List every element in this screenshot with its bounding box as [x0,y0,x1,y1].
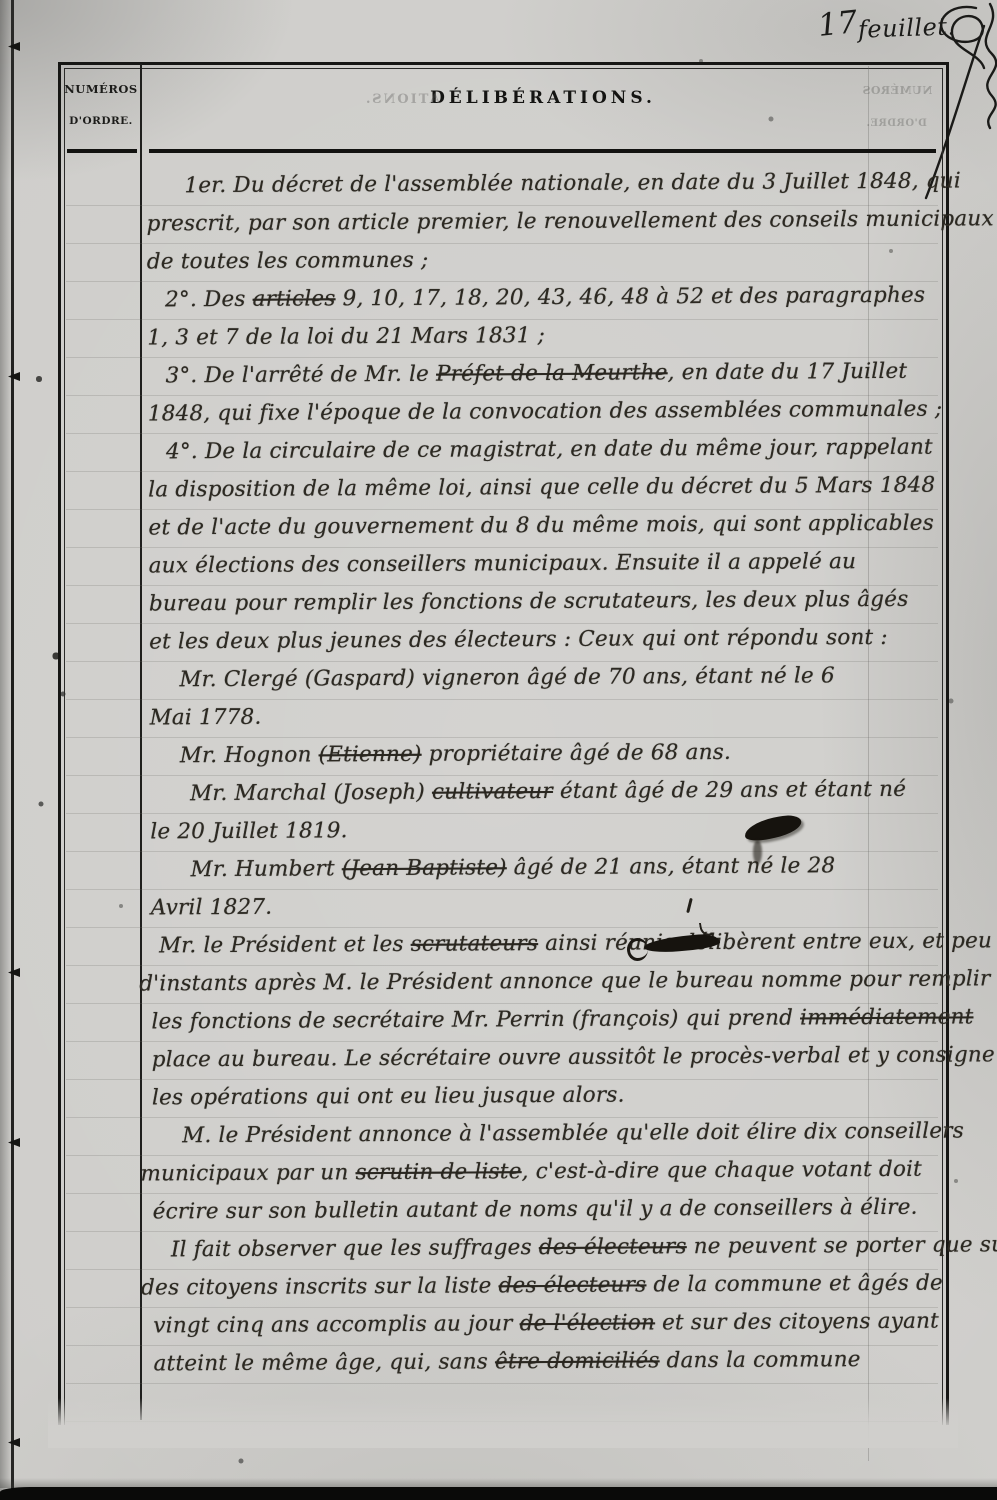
manuscript-line: Avril 1827. [151,885,949,928]
manuscript-line: Mr. le Président et les scrutateurs ains… [159,923,949,966]
numeros-header-line2: D'ORDRE. [60,115,142,127]
manuscript-line: M. le Président annonce à l'assemblée qu… [182,1113,950,1156]
ghost-numeros-line2: D'ORDRE. [866,118,927,129]
manuscript-line: prescrit, par son article premier, le re… [147,201,945,244]
ghost-title-fragment: ATIONS. [364,92,440,107]
manuscript: 1er. Du décret de l'assemblée nationale,… [146,163,951,1384]
deliberations-title: DÉLIBÉRATIONS. [148,88,938,108]
manuscript-line: 1er. Du décret de l'assemblée nationale,… [184,163,944,206]
manuscript-line: place au bureau. Le sécrétaire ouvre aus… [152,1037,950,1080]
manuscript-line: Mr. Hognon (Etienne) propriétaire âgé de… [180,733,948,776]
manuscript-line: de toutes les communes ; [147,239,945,282]
manuscript-line: bureau pour remplir les fonctions de scr… [149,581,947,624]
manuscript-line: les fonctions de secrétaire Mr. Perrin (… [151,999,949,1042]
manuscript-line: 4°. De la circulaire de ce magistrat, en… [166,429,946,472]
manuscript-line: Mai 1778. [150,695,948,738]
scan-bottom-edge [0,1487,997,1500]
manuscript-line: et les deux plus jeunes des électeurs : … [149,619,947,662]
manuscript-line: 1, 3 et 7 de la loi du 21 Mars 1831 ; [147,315,945,358]
manuscript-line: municipaux par un scrutin de liste, c'es… [140,1151,950,1194]
manuscript-line: 1848, qui fixe l'époque de la convocatio… [148,391,946,434]
ink-blot-hook [627,938,648,961]
binding-edge [11,0,14,1500]
header-separator-left [67,149,137,153]
frame-fade [48,1398,958,1448]
manuscript-line: les opérations qui ont eu lieu jusque al… [152,1075,950,1118]
ink-blot-drip [753,840,762,864]
folio-number: 17 [816,4,859,44]
manuscript-line: Mr. Marchal (Joseph) cultivateur étant â… [190,771,948,814]
register-page: 17 feuillet. NUMÉROS D'ORDRE. DÉLIBÉRATI… [0,0,997,1500]
header-separator-main [149,149,936,153]
manuscript-line: des citoyens inscrits sur la liste des é… [141,1265,951,1308]
manuscript-line: Mr. Clergé (Gaspard) vigneron âgé de 70 … [179,657,947,700]
manuscript-line: vingt cinq ans accomplis au jour de l'él… [153,1303,951,1346]
manuscript-line: et de l'acte du gouvernement du 8 du mêm… [148,505,946,548]
manuscript-line: 3°. De l'arrêté de Mr. le Préfet de la M… [165,353,945,396]
paper-specks [0,0,2,2]
ghost-numeros-line1: NUMÉROS [862,84,932,97]
manuscript-line: d'instants après M. le Président annonce… [139,961,949,1004]
manuscript-line: atteint le même âge, qui, sans être domi… [153,1341,951,1384]
manuscript-line: Mr. Humbert (Jean Baptiste) âgé de 21 an… [190,847,948,890]
manuscript-line: la disposition de la même loi, ainsi que… [148,467,946,510]
manuscript-line: le 20 Juillet 1819. [150,809,948,852]
numeros-header-line1: NUMÉROS [60,82,142,96]
manuscript-line: 2°. Des articles 9, 10, 17, 18, 20, 43, … [165,277,945,320]
manuscript-line: aux élections des conseillers municipaux… [149,543,947,586]
manuscript-line: Il fait observer que les suffrages des é… [171,1227,951,1270]
manuscript-line: écrire sur son bulletin autant de noms q… [153,1189,951,1232]
